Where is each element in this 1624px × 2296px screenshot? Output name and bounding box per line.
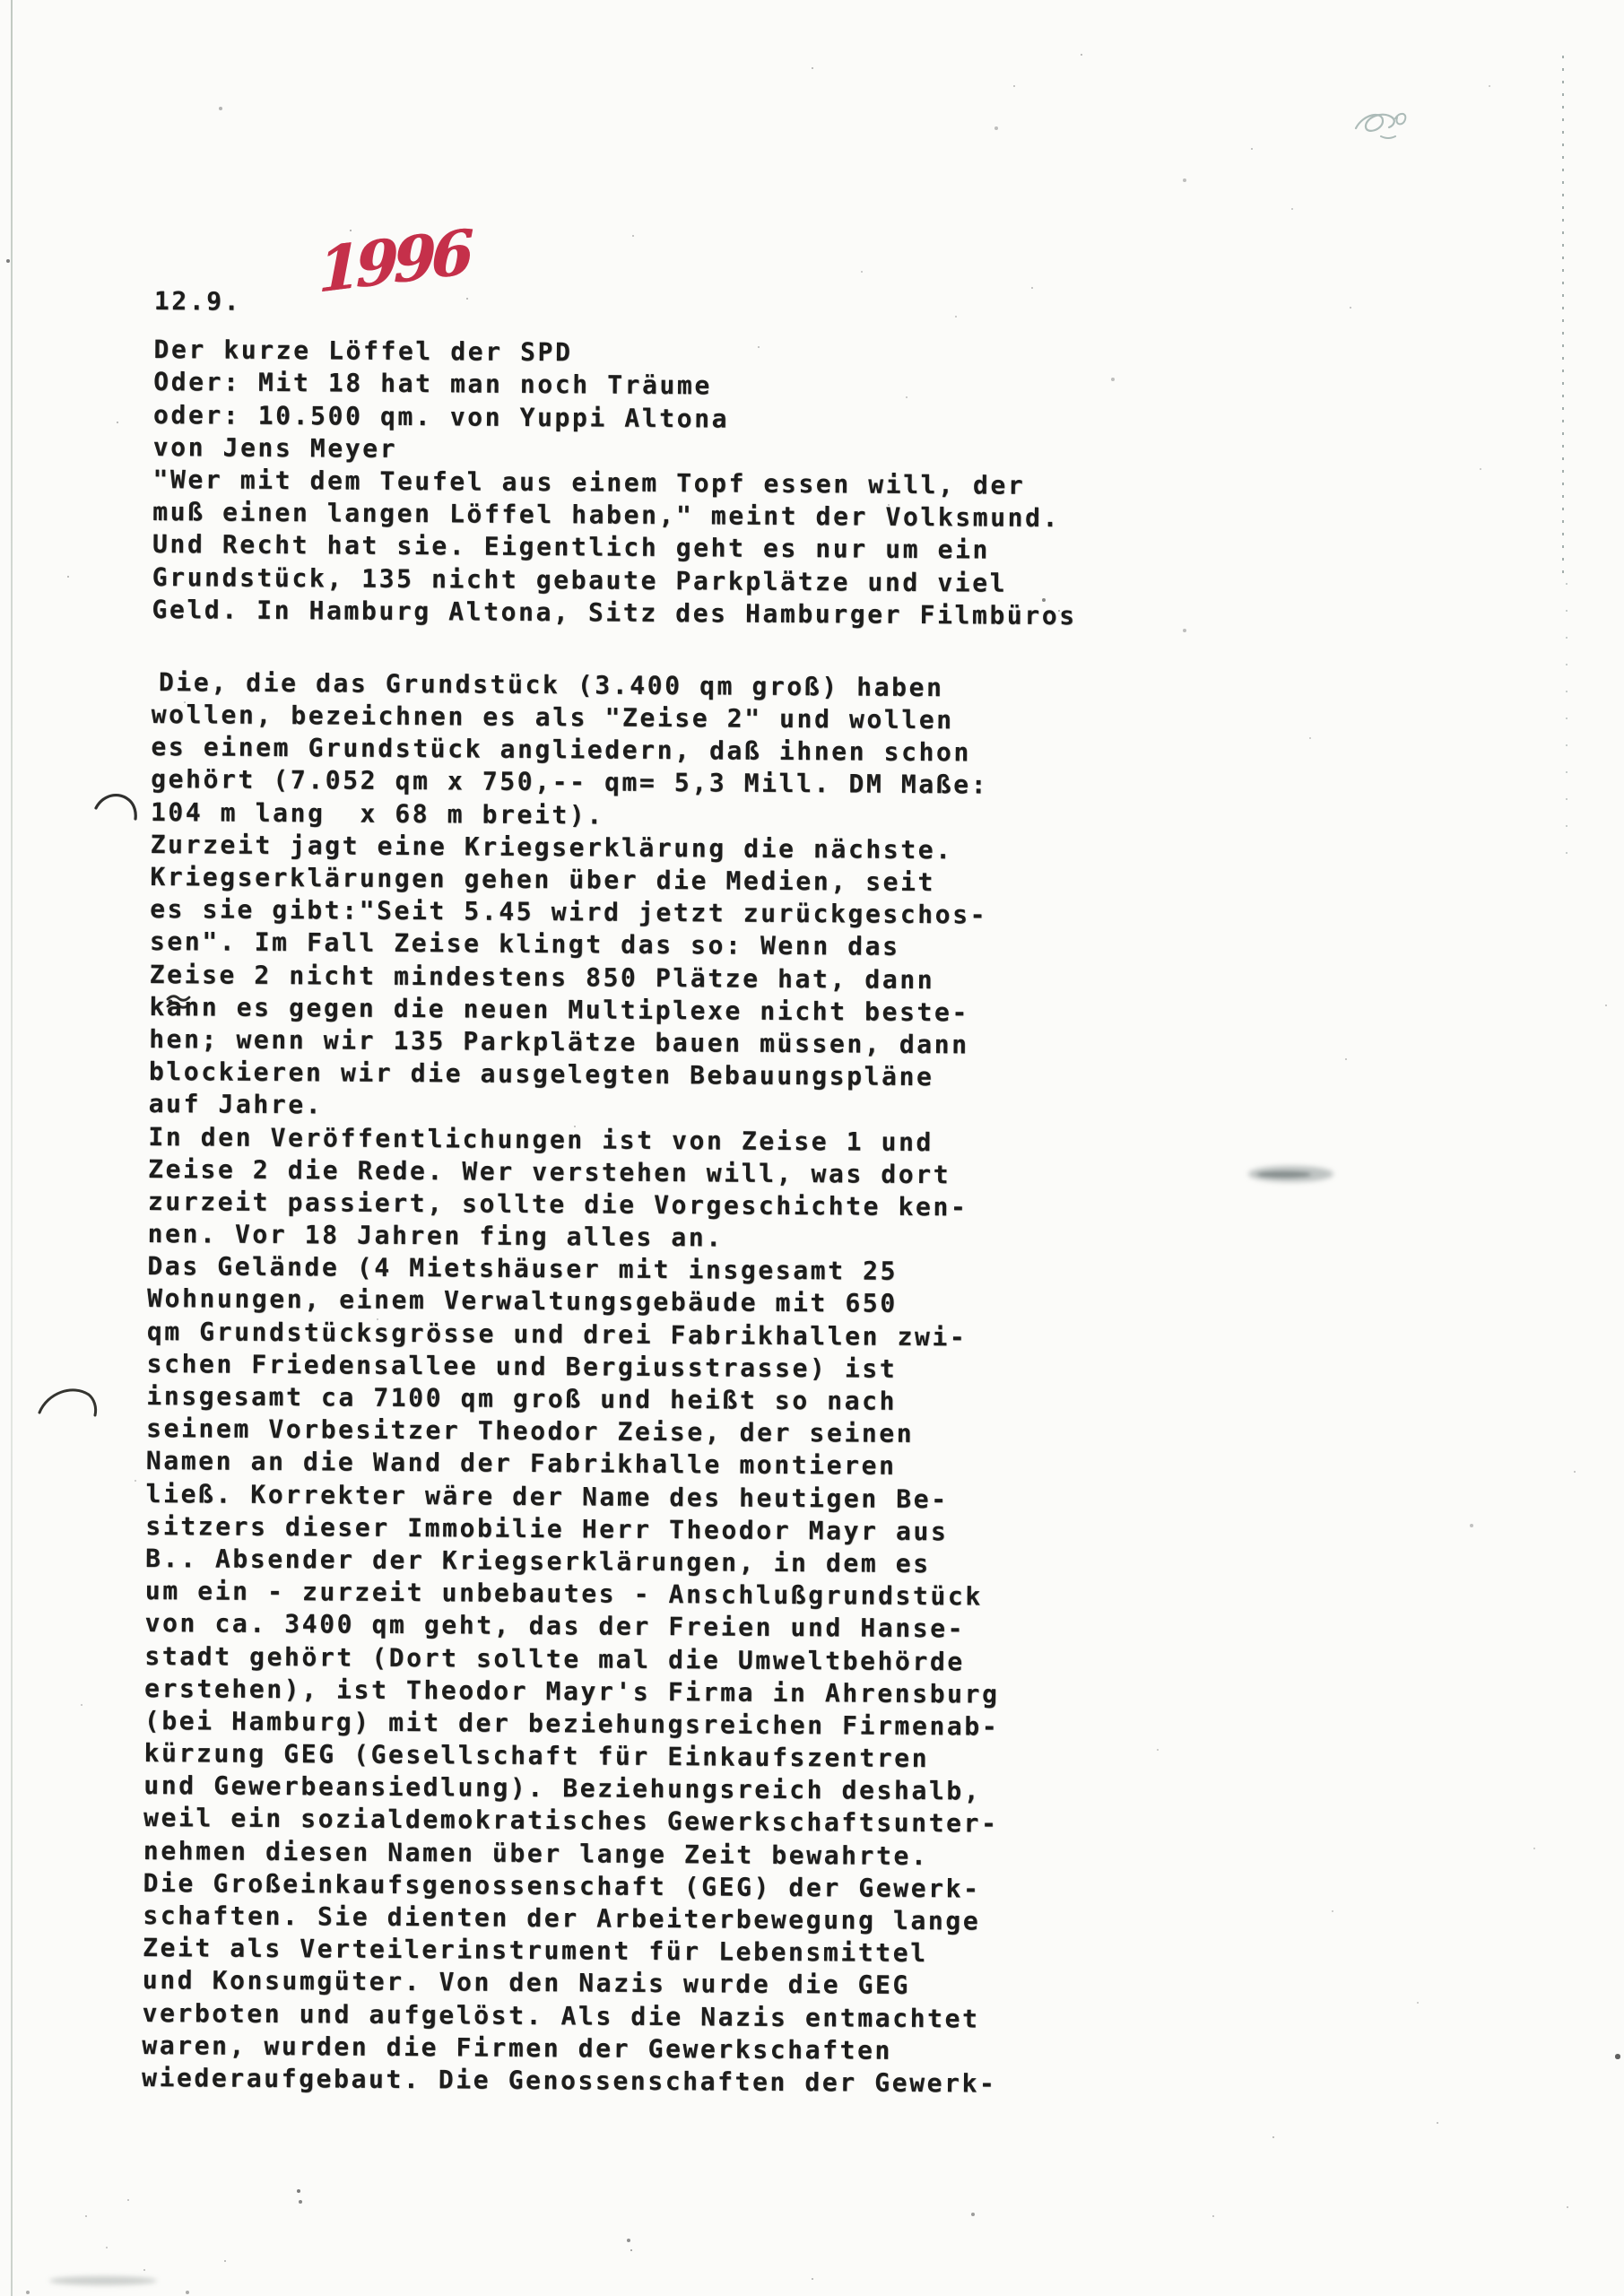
text-line: Geld. In Hamburg Altona, Sitz des Hambur… (152, 594, 1317, 634)
margin-arc-mark-2 (39, 1390, 96, 1415)
document-body: Die, die das Grundstück (3.400 qm groß) … (142, 666, 1317, 2102)
margin-arc-mark-1 (96, 796, 135, 819)
typed-date: 12.9. (154, 285, 1320, 326)
scan-speck-line-right-lower (1566, 583, 1568, 870)
bottom-edge-smear (49, 2276, 157, 2285)
document-header: Der kurze Löffel der SPD Oder: Mit 18 ha… (152, 334, 1319, 634)
typewritten-text-block: 12.9. Der kurze Löffel der SPD Oder: Mit… (142, 285, 1320, 2102)
text-line: wiederaufgebaut. Die Genossenschaften de… (142, 2062, 1307, 2102)
scan-speck-line-right (1562, 56, 1564, 576)
scanned-document-page: 1996 12.9. Der kurze Löffel der SPD Oder… (0, 0, 1624, 2296)
scan-edge-line-left (11, 0, 13, 2296)
pencil-scribble-top-right (1356, 114, 1405, 138)
scan-noise-speckles (0, 0, 2, 2)
